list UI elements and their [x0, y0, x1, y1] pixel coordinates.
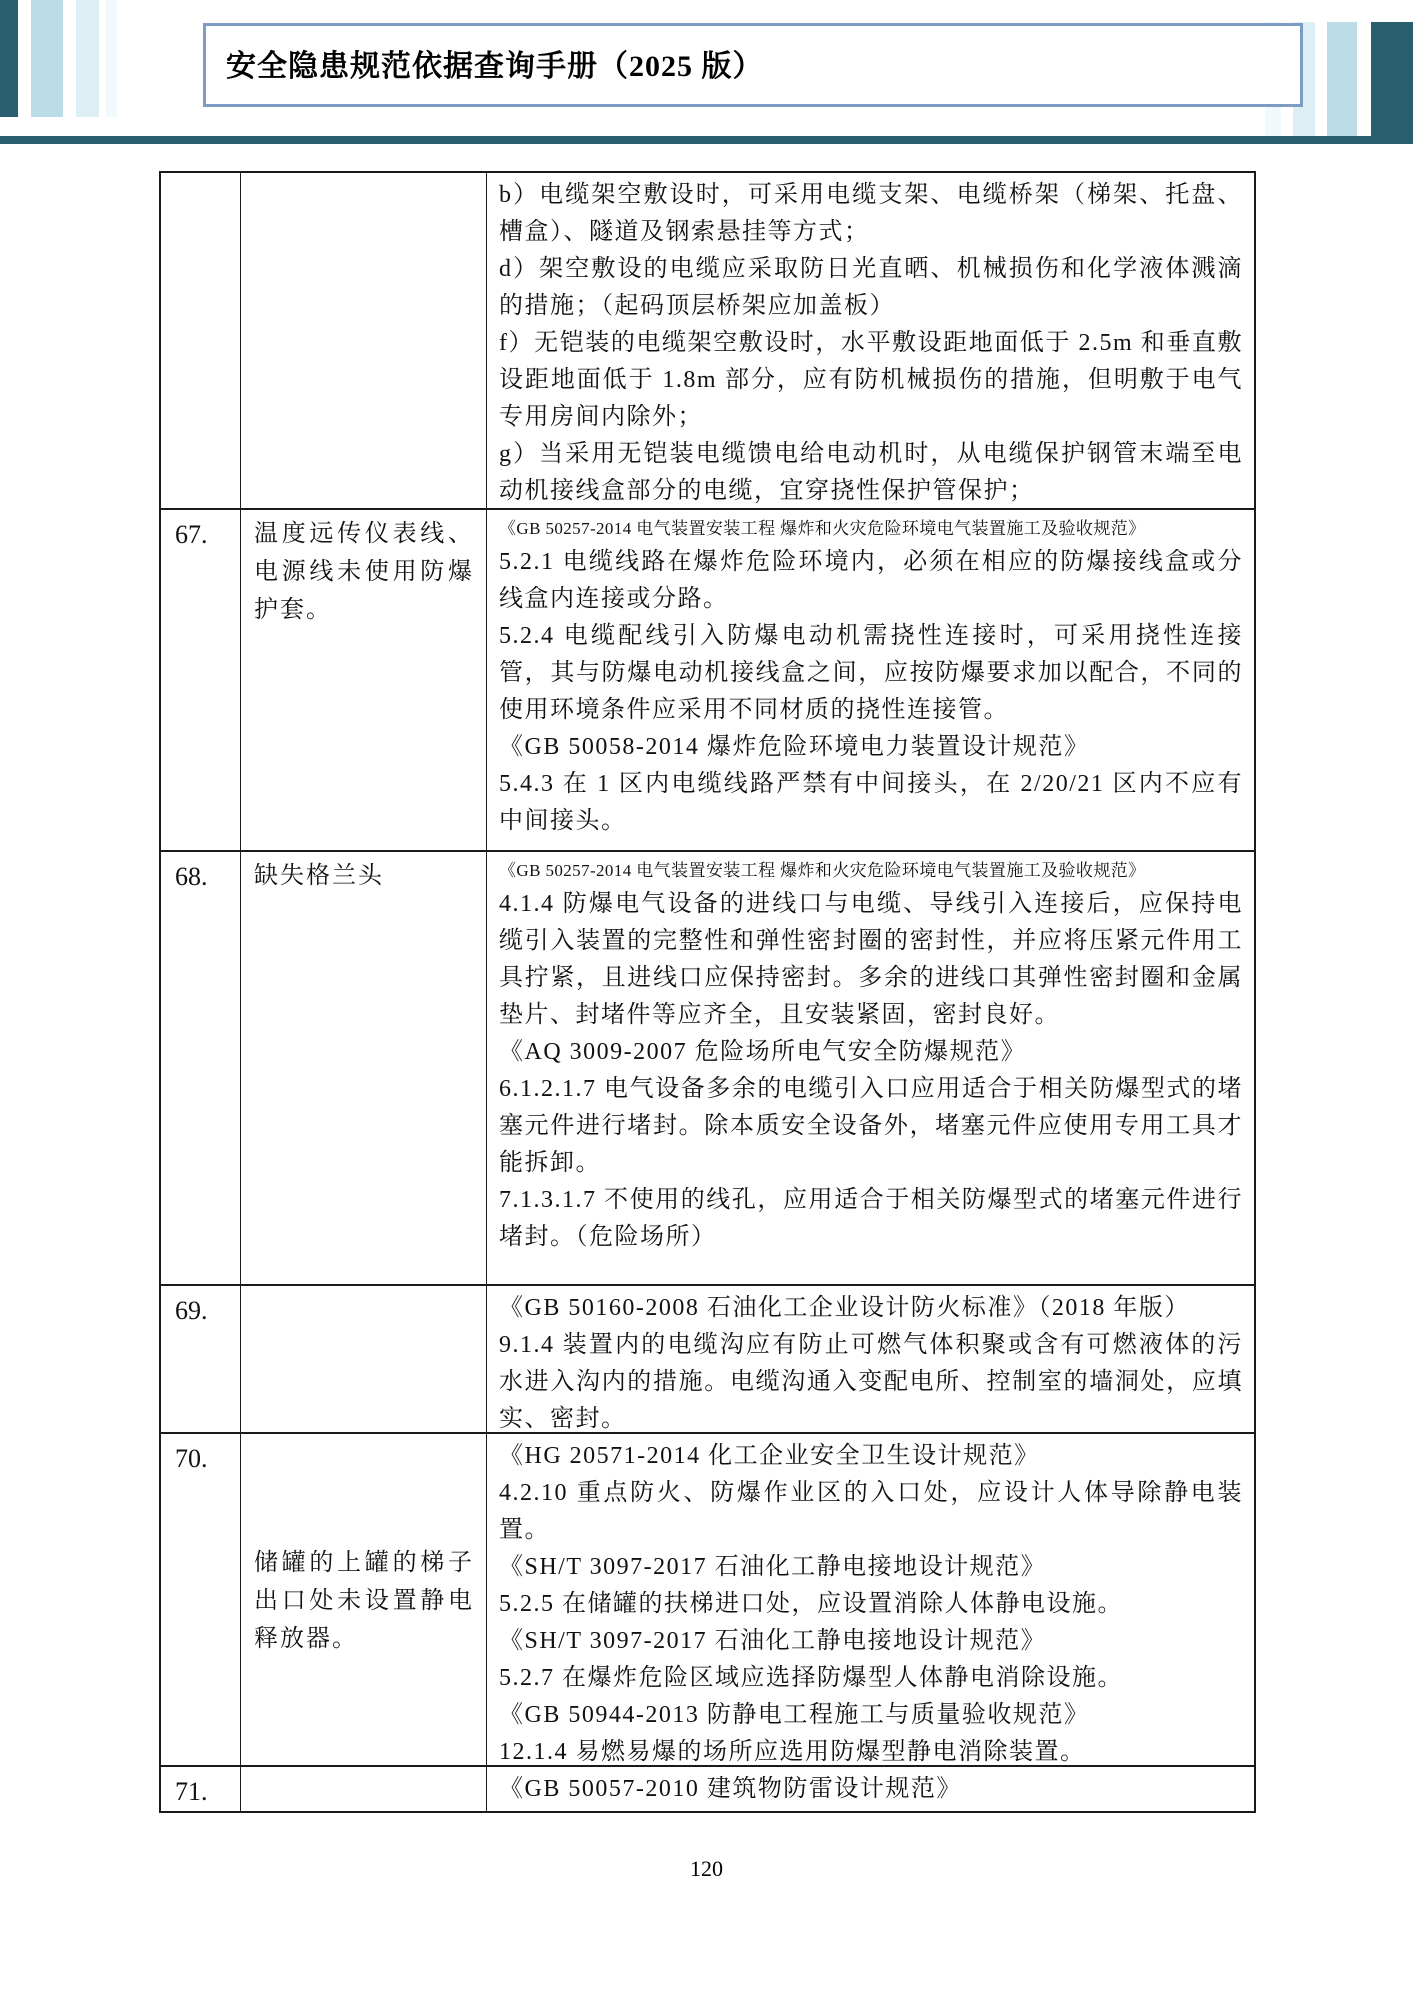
regulation-text: 5.2.4 电缆配线引入防爆电动机需挠性连接时，可采用挠性连接管，其与防爆电动机…: [499, 618, 1243, 729]
page-title: 安全隐患规范依据查询手册（2025 版）: [226, 41, 764, 85]
header-divider-strip: [0, 136, 1413, 144]
regulation-text: f）无铠装的电缆架空敷设时，水平敷设距地面低于 2.5m 和垂直敷设距地面低于 …: [499, 325, 1243, 436]
page-number: 120: [0, 1856, 1413, 1882]
regulation-text: 《SH/T 3097-2017 石油化工静电接地设计规范》: [499, 1623, 1243, 1660]
table-row: 67.温度远传仪表线、电源线未使用防爆护套。《GB 50257-2014 电气装…: [161, 508, 1254, 850]
row-number-cell: 68.: [161, 852, 241, 1284]
regulation-content-cell: 《GB 50160-2008 石油化工企业设计防火标准》（2018 年版）9.1…: [487, 1286, 1254, 1432]
regulation-text: 《GB 50944-2013 防静电工程施工与质量验收规范》: [499, 1697, 1243, 1734]
document-page: 安全隐患规范依据查询手册（2025 版） b）电缆架空敷设时，可采用电缆支架、电…: [0, 0, 1413, 2000]
header-banner: 安全隐患规范依据查询手册（2025 版）: [203, 23, 1303, 107]
hazard-description-cell: [241, 173, 487, 508]
hazard-description-cell: [241, 1286, 487, 1432]
decor-bar-left-lightest: [106, 0, 117, 117]
regulation-text: 5.2.7 在爆炸危险区域应选择防爆型人体静电消除设施。: [499, 1660, 1243, 1697]
regulation-text: b）电缆架空敷设时，可采用电缆支架、电缆桥架（梯架、托盘、槽盒）、隧道及钢索悬挂…: [499, 177, 1243, 251]
regulation-text: 《HG 20571-2014 化工企业安全卫生设计规范》: [499, 1438, 1243, 1475]
decor-bar-left-lighter: [76, 0, 99, 117]
table-row: 68.缺失格兰头《GB 50257-2014 电气装置安装工程 爆炸和火灾危险环…: [161, 850, 1254, 1284]
hazard-description-cell: [241, 1767, 487, 1811]
decor-bar-right-light: [1327, 22, 1357, 137]
regulation-text: 《SH/T 3097-2017 石油化工静电接地设计规范》: [499, 1549, 1243, 1586]
table-row: 70.储罐的上罐的梯子出口处未设置静电释放器。《HG 20571-2014 化工…: [161, 1432, 1254, 1765]
decor-bar-left-dark: [0, 0, 18, 117]
citation-small-text: 《GB 50257-2014 电气装置安装工程 爆炸和火灾危险环境电气装置施工及…: [499, 856, 1243, 886]
table-row: 69.《GB 50160-2008 石油化工企业设计防火标准》（2018 年版）…: [161, 1284, 1254, 1432]
hazard-description-cell: 缺失格兰头: [241, 852, 487, 1284]
regulation-text: 4.2.10 重点防火、防爆作业区的入口处，应设计人体导除静电装置。: [499, 1475, 1243, 1549]
regulation-text: 9.1.4 装置内的电缆沟应有防止可燃气体积聚或含有可燃液体的污水进入沟内的措施…: [499, 1327, 1243, 1432]
row-number-cell: 70.: [161, 1434, 241, 1765]
regulation-text: 《AQ 3009-2007 危险场所电气安全防爆规范》: [499, 1034, 1243, 1071]
row-number-cell: 67.: [161, 510, 241, 850]
regulation-text: 《GB 50160-2008 石油化工企业设计防火标准》（2018 年版）: [499, 1290, 1243, 1327]
regulation-text: 4.1.4 防爆电气设备的进线口与电缆、导线引入连接后，应保持电缆引入装置的完整…: [499, 886, 1243, 1034]
table-row: b）电缆架空敷设时，可采用电缆支架、电缆桥架（梯架、托盘、槽盒）、隧道及钢索悬挂…: [161, 173, 1254, 508]
regulation-text: 《GB 50057-2010 建筑物防雷设计规范》: [499, 1771, 1243, 1808]
regulation-text: 5.2.5 在储罐的扶梯进口处，应设置消除人体静电设施。: [499, 1586, 1243, 1623]
regulation-text: 12.1.4 易燃易爆的场所应选用防爆型静电消除装置。: [499, 1734, 1243, 1765]
table-row: 71.《GB 50057-2010 建筑物防雷设计规范》: [161, 1765, 1254, 1811]
regulation-content-cell: 《HG 20571-2014 化工企业安全卫生设计规范》4.2.10 重点防火、…: [487, 1434, 1254, 1765]
regulation-table: b）电缆架空敷设时，可采用电缆支架、电缆桥架（梯架、托盘、槽盒）、隧道及钢索悬挂…: [159, 171, 1256, 1813]
citation-small-text: 《GB 50257-2014 电气装置安装工程 爆炸和火灾危险环境电气装置施工及…: [499, 514, 1243, 544]
hazard-description-cell: 温度远传仪表线、电源线未使用防爆护套。: [241, 510, 487, 850]
regulation-text: 5.4.3 在 1 区内电缆线路严禁有中间接头，在 2/20/21 区内不应有中…: [499, 766, 1243, 840]
regulation-content-cell: 《GB 50257-2014 电气装置安装工程 爆炸和火灾危险环境电气装置施工及…: [487, 510, 1254, 850]
decor-bar-right-dark: [1371, 22, 1413, 137]
decor-bar-left-light: [31, 0, 63, 117]
row-number-cell: 69.: [161, 1286, 241, 1432]
hazard-description-cell: 储罐的上罐的梯子出口处未设置静电释放器。: [241, 1434, 487, 1765]
regulation-text: g）当采用无铠装电缆馈电给电动机时，从电缆保护钢管末端至电动机接线盒部分的电缆，…: [499, 436, 1243, 508]
regulation-text: 7.1.3.1.7 不使用的线孔，应用适合于相关防爆型式的堵塞元件进行堵封。（危…: [499, 1182, 1243, 1256]
row-number-cell: 71.: [161, 1767, 241, 1811]
regulation-text: d）架空敷设的电缆应采取防日光直晒、机械损伤和化学液体溅滴的措施；（起码顶层桥架…: [499, 251, 1243, 325]
regulation-content-cell: b）电缆架空敷设时，可采用电缆支架、电缆桥架（梯架、托盘、槽盒）、隧道及钢索悬挂…: [487, 173, 1254, 508]
regulation-text: 5.2.1 电缆线路在爆炸危险环境内，必须在相应的防爆接线盒或分线盒内连接或分路…: [499, 544, 1243, 618]
regulation-content-cell: 《GB 50257-2014 电气装置安装工程 爆炸和火灾危险环境电气装置施工及…: [487, 852, 1254, 1284]
row-number-cell: [161, 173, 241, 508]
regulation-text: 6.1.2.1.7 电气设备多余的电缆引入口应用适合于相关防爆型式的堵塞元件进行…: [499, 1071, 1243, 1182]
regulation-content-cell: 《GB 50057-2010 建筑物防雷设计规范》: [487, 1767, 1254, 1811]
regulation-text: 《GB 50058-2014 爆炸危险环境电力装置设计规范》: [499, 729, 1243, 766]
